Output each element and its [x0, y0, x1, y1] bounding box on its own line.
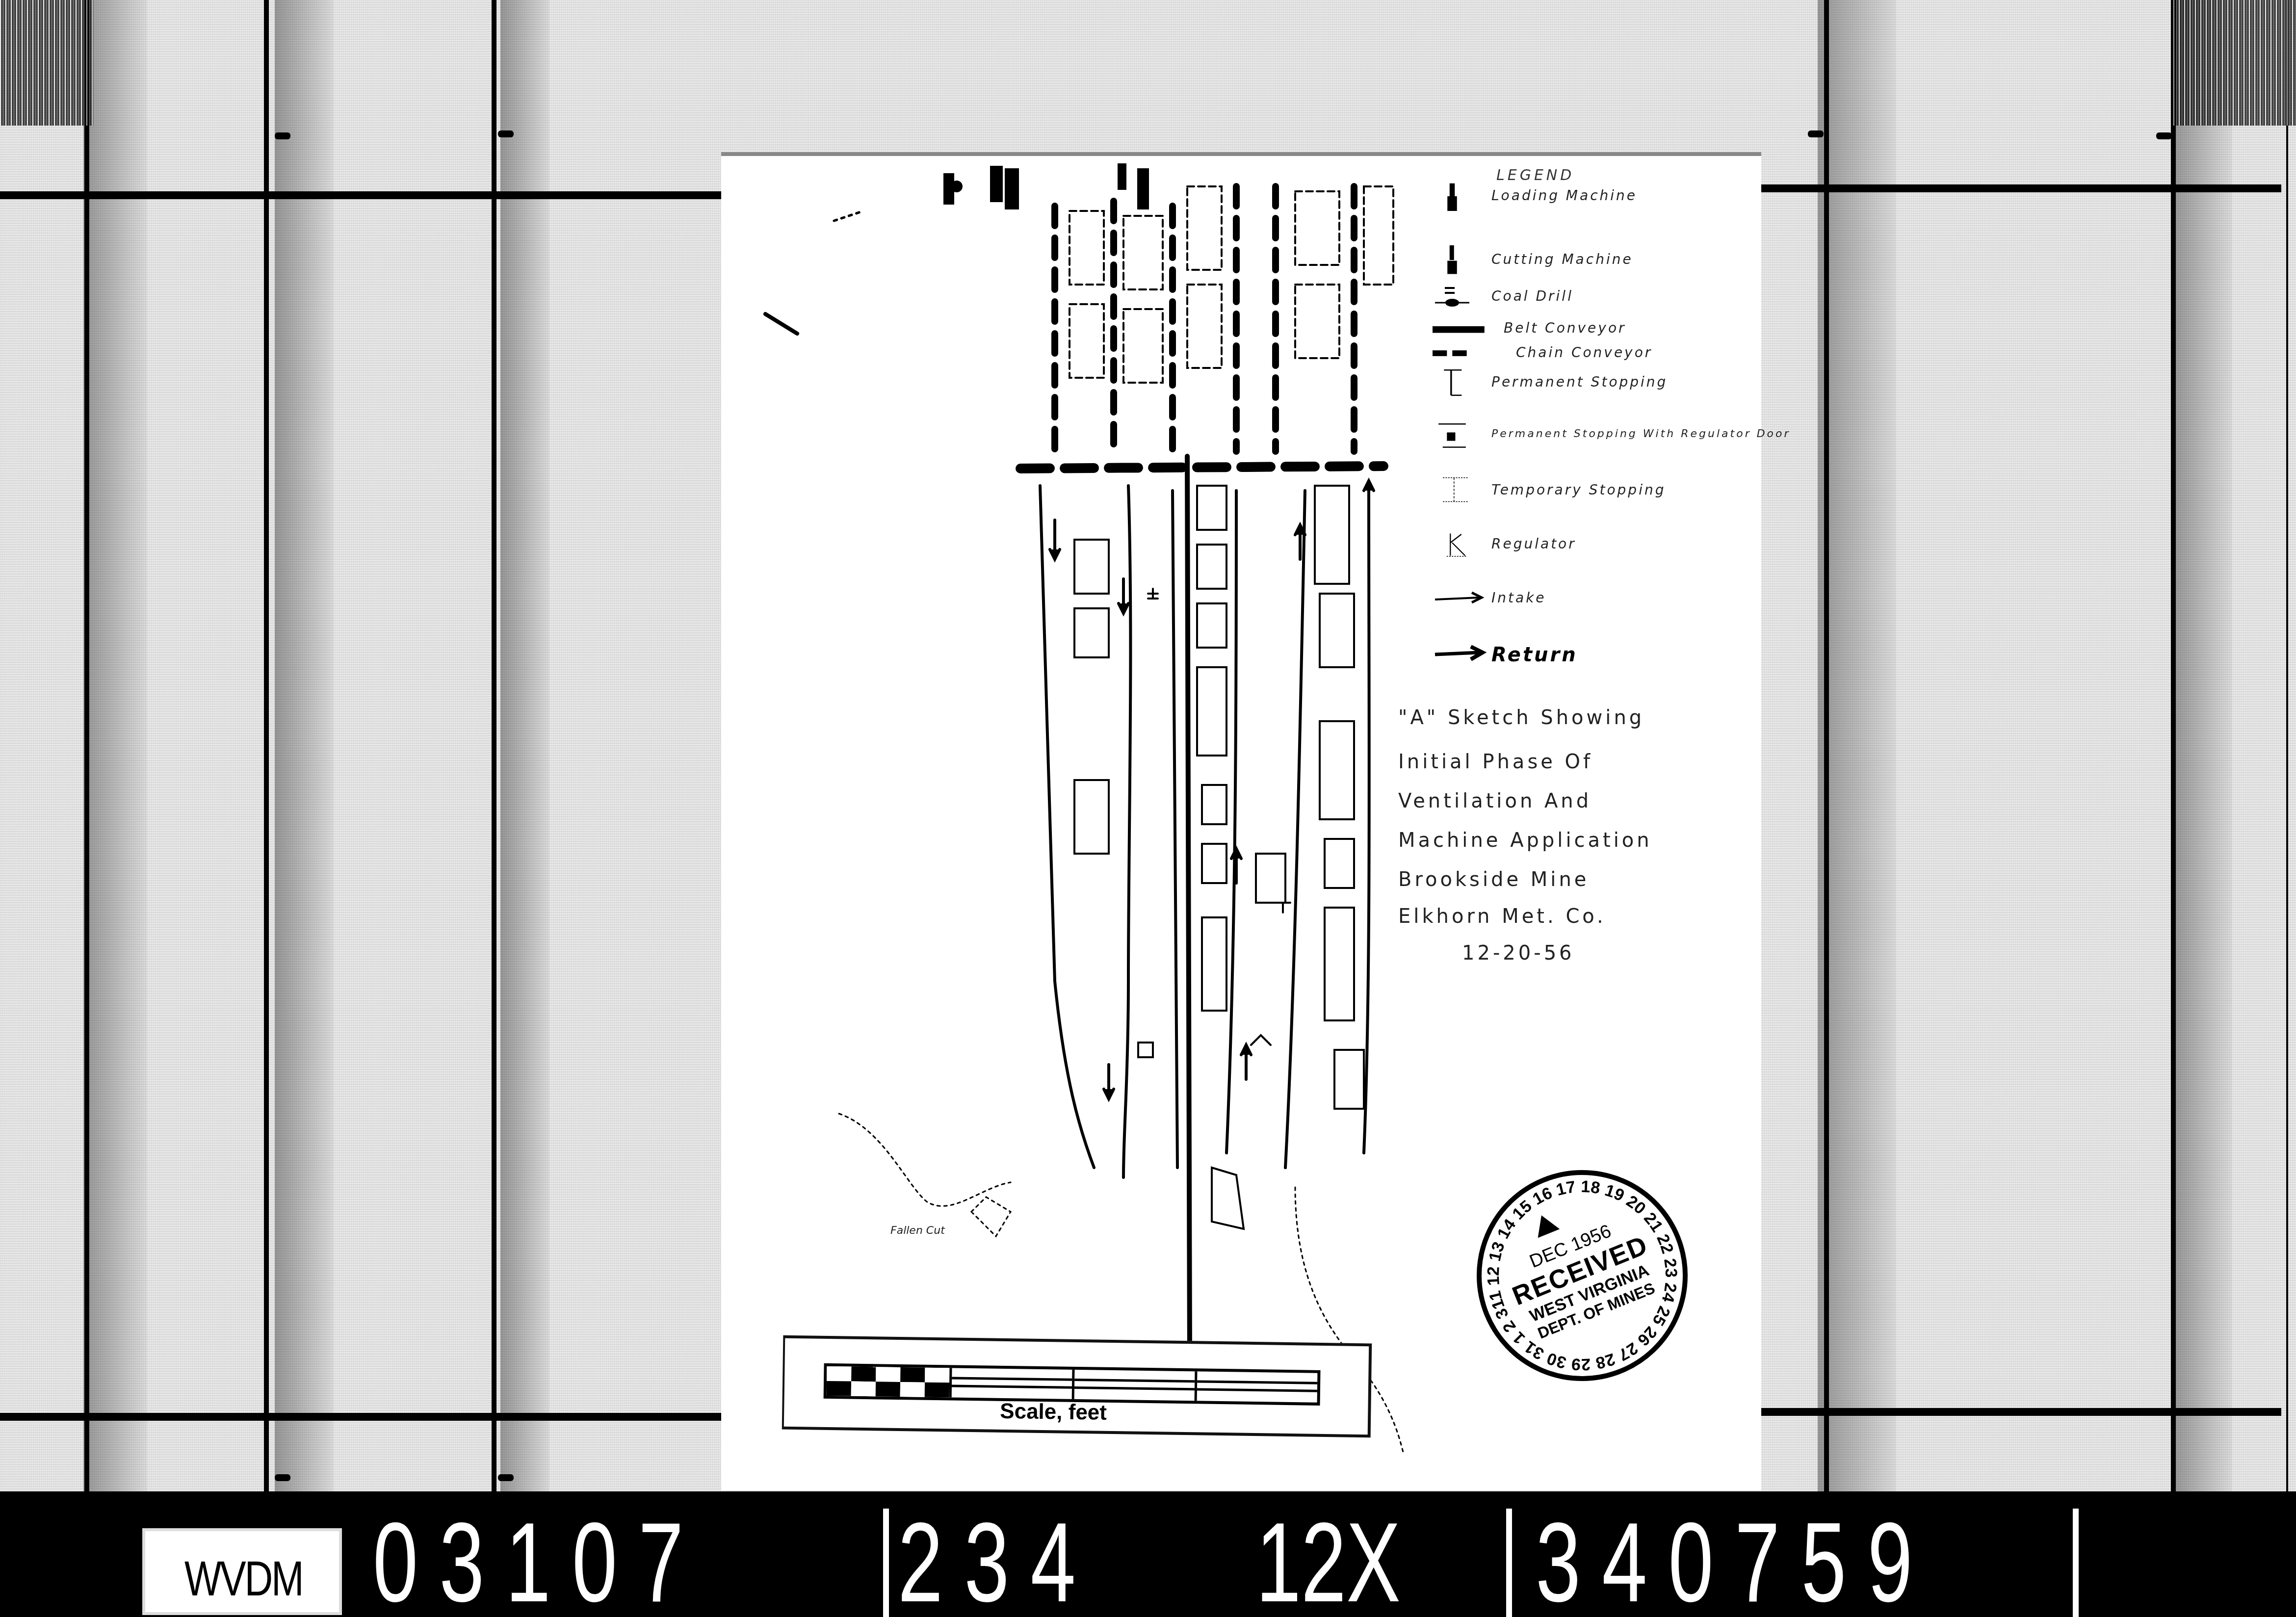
film-id-strip: [0, 1491, 2296, 1617]
temporary-stopping-icon: [1433, 476, 1487, 505]
stopping-with-door-icon: [1433, 422, 1487, 451]
scale-segment: [1195, 1371, 1318, 1402]
legend-label: Intake: [1491, 590, 1546, 606]
legend-item-permanent-stopping: Permanent Stopping: [1433, 368, 1747, 397]
legend-label: Cutting Machine: [1491, 251, 1633, 267]
legend-item-stopping-with-door: Permanent Stopping With Regulator Door: [1433, 422, 1747, 451]
note-line: Initial Phase Of: [1398, 751, 1593, 773]
film-strip-edge: [0, 0, 93, 126]
map-label: Fallen Cut: [890, 1225, 945, 1237]
film-number-1: 03107: [373, 1506, 704, 1617]
legend-label: Return: [1491, 644, 1578, 666]
legend-item-loading-machine: Loading Machine: [1433, 182, 1747, 211]
cutting-machine-icon: [1433, 245, 1487, 275]
film-number-3: 340759: [1536, 1506, 1934, 1617]
scale-segment: [949, 1368, 1072, 1399]
scale-segment: [1072, 1370, 1195, 1401]
note-line: 12-20-56: [1462, 942, 1575, 965]
legend-item-temporary-stopping: Temporary Stopping: [1433, 476, 1747, 505]
intake-arrow-icon: [1433, 584, 1487, 613]
note-line: Elkhorn Met. Co.: [1398, 905, 1606, 928]
legend-item-cutting-machine: Cutting Machine: [1433, 245, 1747, 275]
legend-label: Chain Conveyor: [1516, 344, 1652, 361]
film-number-2: 234: [898, 1506, 1097, 1617]
scale-bar: [824, 1363, 1321, 1406]
legend-label: Temporary Stopping: [1491, 482, 1666, 498]
scale-checker: [827, 1366, 950, 1397]
note-line: Ventilation And: [1398, 790, 1592, 812]
coal-drill-icon: [1433, 282, 1487, 312]
loading-machine-icon: [1433, 182, 1487, 211]
legend-item-regulator: Regulator: [1433, 530, 1747, 559]
film-divider: [883, 1509, 889, 1617]
scale-label: Scale, feet: [1000, 1399, 1107, 1425]
note-line: "A" Sketch Showing: [1398, 706, 1644, 729]
film-prefix: WVDM: [184, 1551, 302, 1607]
permanent-stopping-icon: [1433, 368, 1487, 397]
legend-item-intake: Intake: [1433, 584, 1747, 613]
legend-label: Loading Machine: [1491, 187, 1637, 204]
film-divider: [2073, 1509, 2079, 1617]
note-line: Brookside Mine: [1398, 868, 1589, 891]
legend-item-coal-drill: Coal Drill: [1433, 282, 1747, 312]
chain-conveyor-icon: [1433, 339, 1487, 368]
legend-label: Permanent Stopping: [1491, 374, 1668, 390]
legend-label: Permanent Stopping With Regulator Door: [1491, 428, 1791, 440]
legend-label: Regulator: [1491, 536, 1576, 552]
legend-item-return: Return: [1433, 638, 1747, 667]
film-divider: [1506, 1509, 1512, 1617]
legend-label: Belt Conveyor: [1504, 320, 1626, 336]
film-strip-edge: [2173, 0, 2296, 126]
note-line: Machine Application: [1398, 829, 1652, 852]
scale-box: Scale, feet: [782, 1335, 1372, 1438]
film-prefix-box: WVDM: [142, 1528, 342, 1615]
legend-label: Coal Drill: [1491, 288, 1573, 304]
film-reduction: 12X: [1256, 1506, 1401, 1617]
legend-item-chain-conveyor: Chain Conveyor: [1433, 339, 1747, 368]
regulator-icon: [1433, 530, 1487, 559]
return-arrow-icon: [1433, 638, 1487, 667]
